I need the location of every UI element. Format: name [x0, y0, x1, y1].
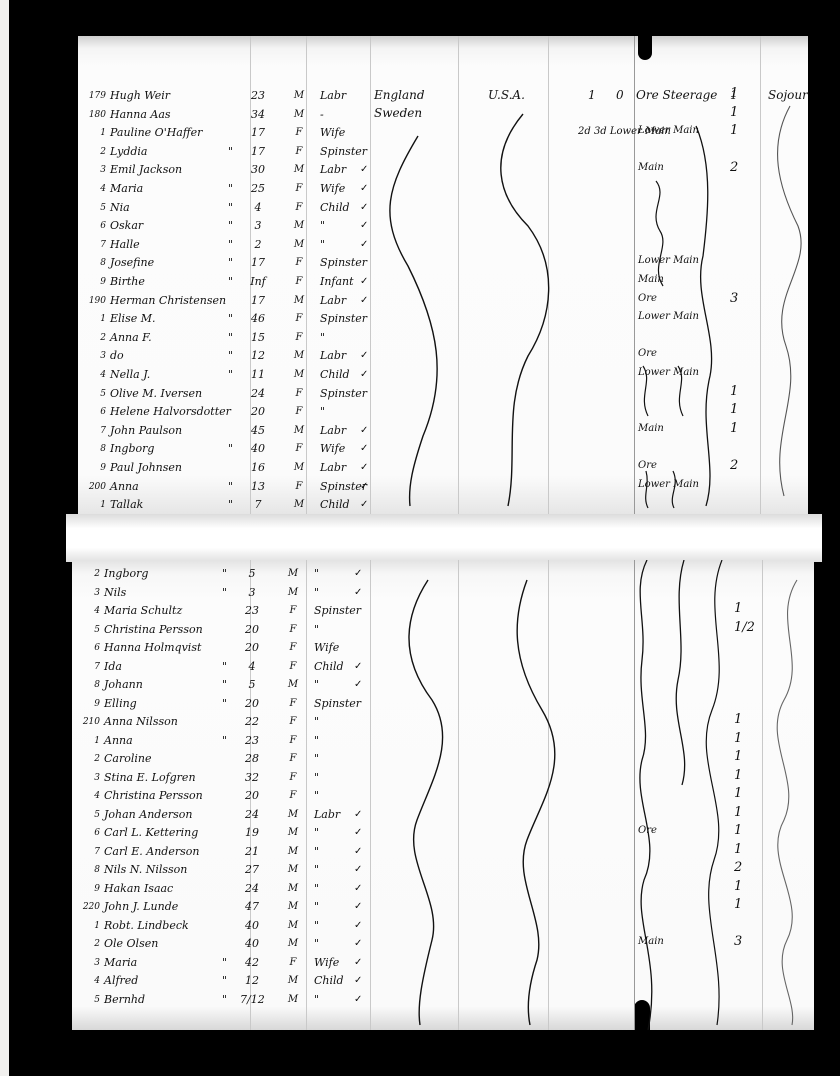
- manifest-lower-page: 2Ingborg"5M"✓3Nils"3M"✓4Maria Schultz23F…: [72, 560, 814, 1030]
- viewer-left-strip: [0, 0, 9, 1076]
- ditto-wave-lines: [78, 36, 808, 514]
- page-fold-strip: [66, 514, 822, 562]
- manifest-upper-page: 179Hugh Weir23MLabr180Hanna Aas34M-1Paul…: [78, 36, 808, 514]
- ditto-wave-lines: [72, 560, 814, 1030]
